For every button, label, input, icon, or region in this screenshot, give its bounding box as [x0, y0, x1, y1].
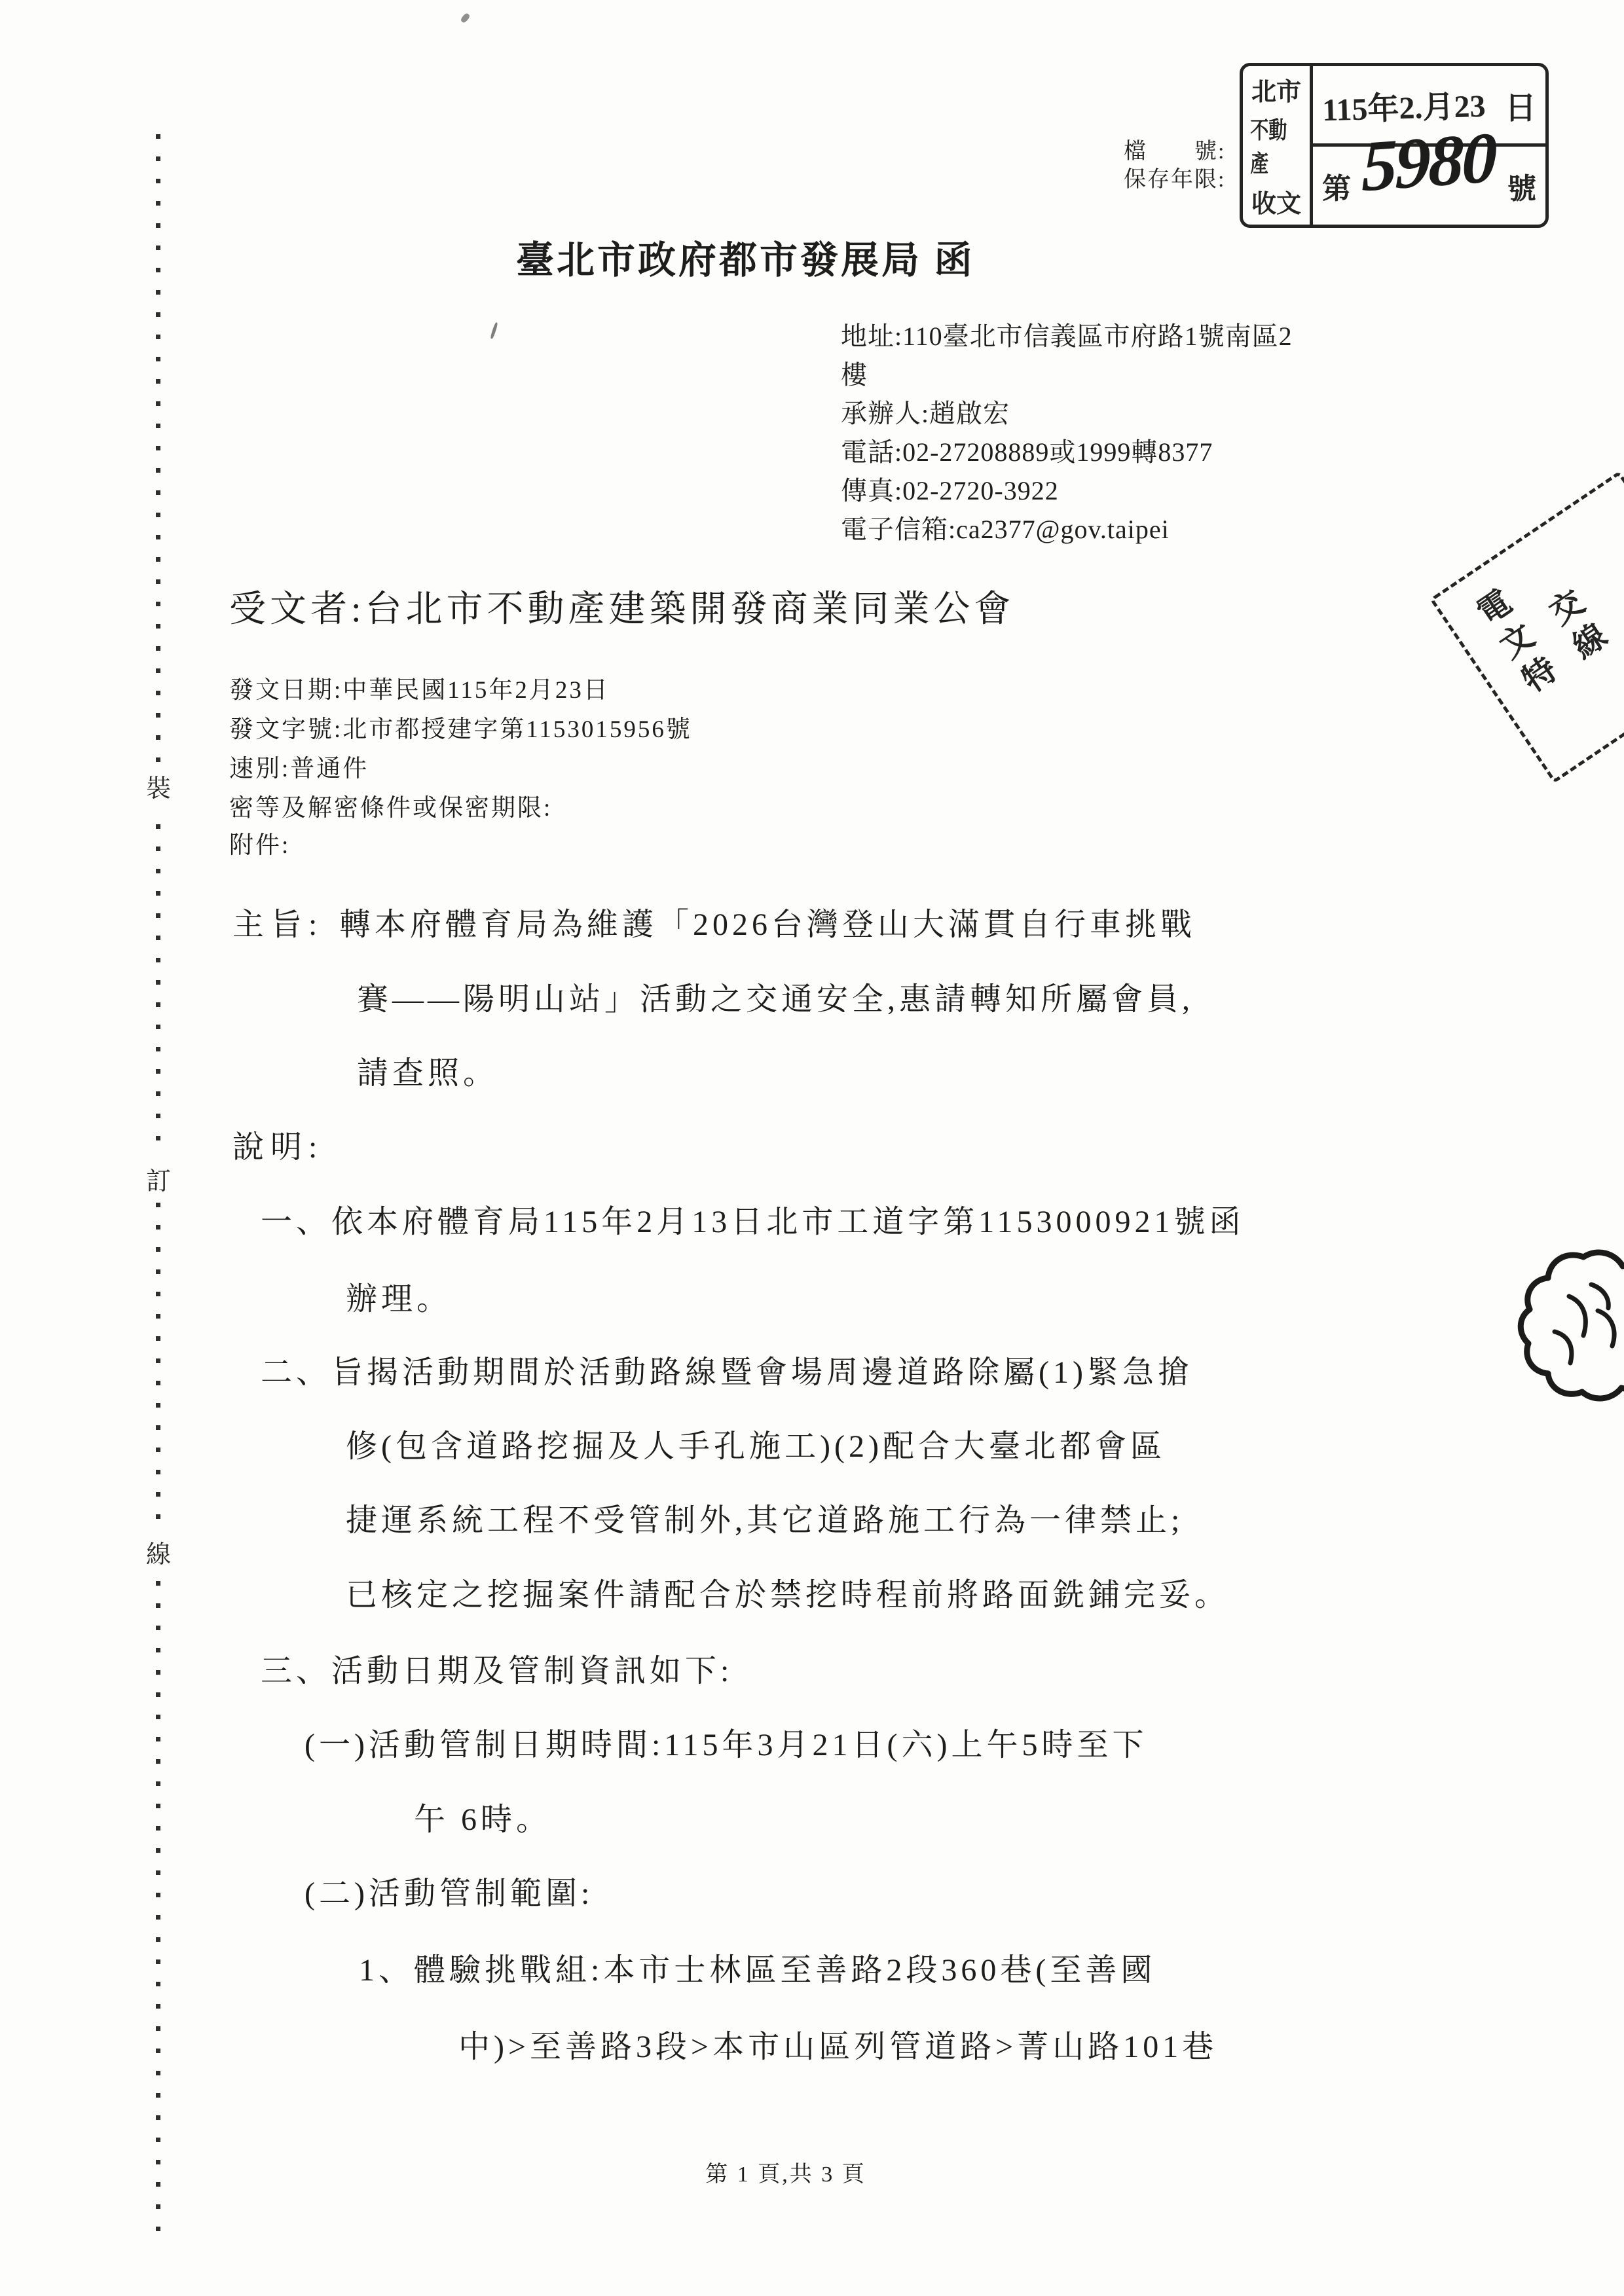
attachment-line: 附件: [229, 825, 290, 860]
stamp-org-line: 北市 [1251, 71, 1301, 107]
stamp-org-line: 不動產 [1250, 112, 1302, 179]
page-number-footer: 第 1 頁,共 3 頁 [648, 2156, 923, 2188]
explanation-item-line: 一、依本府體育局115年2月13日北市工道字第1153000921號函 [261, 1196, 1244, 1241]
explanation-item-line: 捷運系統工程不受管制外,其它道路施工行為一律禁止; [346, 1495, 1183, 1540]
subject-line: 請查照。 [357, 1048, 498, 1093]
explanation-subitem-line: 午 6時。 [414, 1794, 551, 1839]
explanation-item-line: 三、活動日期及管制資訊如下: [261, 1645, 733, 1690]
receipt-stamp-right: 115年2.月23 日 第 5980 號 [1313, 66, 1545, 225]
explanation-label: 說明: [232, 1121, 323, 1167]
contact-email: 電子信箱:ca2377@gov.taipei [841, 509, 1170, 546]
explanation-item-line: 已核定之挖掘案件請配合於禁挖時程前將路面銑鋪完妥。 [346, 1569, 1230, 1614]
stamp-org-line: 收文 [1251, 183, 1301, 219]
receipt-stamp-number-row: 第 5980 號 [1313, 147, 1545, 225]
scanned-official-letter-page: 裝 訂 線 檔 號: 保存年限: 北市 不動產 收文 115年2.月23 日 第… [0, 0, 1624, 2296]
explanation-item-line: 修(包含道路挖掘及人手孔施工)(2)配合大臺北都會區 [346, 1421, 1166, 1466]
recipient-line: 受文者:台北市不動產建築開發商業同業公會 [229, 580, 1015, 632]
subject-label: 主旨: [232, 899, 323, 944]
explanation-subsubitem-line: 中)>至善路3段>本市山區列管道路>菁山路101巷 [458, 2021, 1217, 2066]
explanation-item-line: 二、旨揭活動期間於活動路線暨會場周邊道路除屬(1)緊急搶 [261, 1347, 1193, 1392]
stamp-day-suffix: 日 [1505, 82, 1536, 128]
subject-line: 轉本府體育局為維護「2026台灣登山大滿貫自行車挑戰 [339, 899, 1196, 944]
contact-officer: 承辦人:趙啟宏 [841, 393, 1010, 430]
security-class-line: 密等及解密條件或保密期限: [229, 788, 552, 823]
explanation-item-line: 辦理。 [346, 1273, 452, 1319]
retention-years-label: 保存年限: [1124, 161, 1225, 193]
contact-phone: 電話:02-27208889或1999轉8377 [841, 431, 1213, 469]
contact-fax: 傳真:02-2720-3922 [841, 470, 1059, 507]
subject-line: 賽——陽明山站」活動之交通安全,惠請轉知所屬會員, [357, 974, 1194, 1019]
flower-seal-stamp [1506, 1248, 1624, 1405]
contact-address-line2: 樓 [841, 354, 868, 392]
contact-address-line1: 地址:110臺北市信義區市府路1號南區2 [841, 316, 1293, 353]
explanation-subitem-line: (二)活動管制範圍: [304, 1868, 593, 1913]
issue-number-line: 發文字號:北市都授建字第1153015956號 [229, 709, 692, 744]
scan-artifact [460, 12, 471, 24]
issue-date-line: 發文日期:中華民國115年2月23日 [229, 670, 610, 705]
stamp-no-prefix: 第 [1322, 165, 1351, 207]
speed-class-line: 速別:普通件 [229, 748, 369, 784]
receipt-stamp: 北市 不動產 收文 115年2.月23 日 第 5980 號 [1240, 63, 1549, 228]
electronic-exchange-stamp: 電文特 交線 [1430, 471, 1624, 784]
stamp-handwritten-number: 5980 [1361, 116, 1495, 209]
file-number-label: 檔 號: [1124, 133, 1225, 165]
scan-artifact [490, 322, 498, 339]
binding-dotted-line: 裝 訂 線 [156, 134, 160, 2249]
binding-mark-zhuang: 裝 [144, 763, 173, 809]
explanation-subitem-line: (一)活動管制日期時間:115年3月21日(六)上午5時至下 [304, 1719, 1148, 1764]
explanation-subsubitem-line: 1、體驗挑戰組:本市士林區至善路2段360巷(至善國 [359, 1944, 1156, 1990]
document-title: 臺北市政府都市發展局 函 [516, 229, 975, 284]
binding-mark-xian: 線 [144, 1529, 173, 1575]
stamp-no-suffix: 號 [1507, 165, 1536, 207]
receipt-stamp-org-column: 北市 不動產 收文 [1243, 66, 1313, 225]
binding-mark-ding: 訂 [144, 1156, 173, 1202]
